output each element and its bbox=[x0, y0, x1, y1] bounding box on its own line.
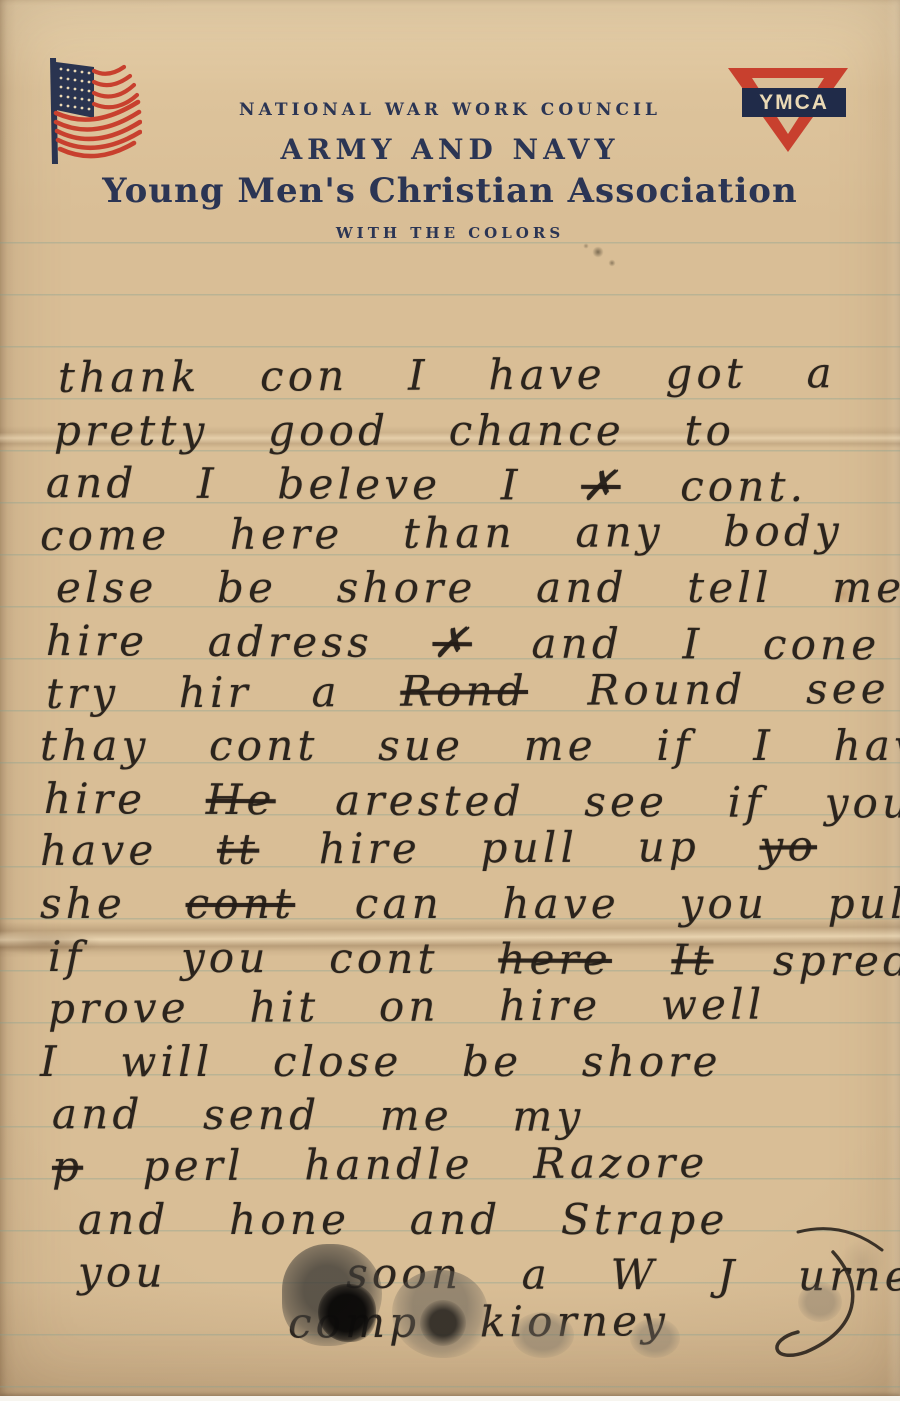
handwriting-word: I will close be shore bbox=[40, 1037, 722, 1086]
handwriting-word: thank con I have got a bbox=[58, 348, 836, 402]
handwriting-word: hire adress bbox=[46, 616, 373, 667]
handwriting-word: cont. bbox=[680, 462, 807, 512]
handwriting-line: pretty good chance to bbox=[40, 405, 876, 458]
scan-edge bbox=[0, 1396, 900, 1401]
handwriting-word: can have you pull bbox=[355, 879, 900, 928]
army-navy-line: ARMY AND NAVY bbox=[0, 133, 900, 166]
handwriting-word-struck: yo bbox=[759, 822, 817, 871]
handwriting-word: you cont bbox=[181, 932, 439, 982]
handwriting-word: perl handle Razore bbox=[142, 1138, 708, 1190]
handwriting-word: try hir a bbox=[46, 667, 341, 718]
handwriting-word: prove hit on hire well bbox=[48, 980, 766, 1033]
handwriting-line: else be shore and tell me bbox=[40, 562, 876, 615]
handwriting-line: and hone and Strape bbox=[40, 1194, 876, 1247]
handwriting-line: thank con I have got a bbox=[40, 347, 876, 405]
letterhead: NATIONAL WAR WORK COUNCIL ARMY AND NAVY … bbox=[0, 100, 900, 242]
handwriting-line: have tt hire pull up yo bbox=[40, 820, 876, 878]
letter-scan-page: YMCA NATIONAL WAR WORK COUNCIL ARMY AND … bbox=[0, 0, 900, 1401]
handwriting-word: Round see bbox=[587, 663, 890, 714]
handwriting-line: come here than any body bbox=[40, 505, 876, 563]
handwriting-word: she bbox=[40, 879, 126, 928]
handwriting-word: comp kiorney bbox=[288, 1296, 669, 1347]
handwriting-word-struck: He bbox=[206, 775, 276, 824]
with-the-colors-line: WITH THE COLORS bbox=[0, 224, 900, 242]
handwriting-word: hire pull up bbox=[319, 822, 701, 873]
handwriting-word: soon a W J urne bbox=[346, 1249, 900, 1301]
association-line: Young Men's Christian Association bbox=[0, 171, 900, 211]
handwriting-word: come here than any body bbox=[40, 506, 843, 560]
handwriting-word-struck: ✗ bbox=[432, 618, 472, 667]
handwriting-word: thay cont sue me if I have bbox=[40, 721, 900, 770]
handwriting-word: and I cone bbox=[531, 619, 880, 670]
handwriting-word: and I beleve I bbox=[46, 458, 522, 509]
handwriting-line: I will close be shore bbox=[40, 1036, 876, 1089]
handwriting-word: else be shore and tell me bbox=[56, 563, 900, 612]
handwriting-line: try hir a Rond Round see bbox=[40, 662, 876, 720]
handwriting-word: pretty good chance to bbox=[54, 406, 735, 455]
handwriting-line: prove hit on hire well bbox=[40, 978, 876, 1036]
handwriting-word-struck: ✗ bbox=[581, 461, 621, 510]
handwriting-word-struck: tt bbox=[217, 825, 259, 874]
handwriting-word: hire bbox=[44, 774, 146, 824]
handwriting-line: she cont can have you pull bbox=[40, 878, 876, 931]
handwriting-word-struck: here bbox=[498, 934, 612, 984]
council-line: NATIONAL WAR WORK COUNCIL bbox=[0, 100, 900, 120]
handwriting-word: and hone and Strape bbox=[78, 1195, 729, 1244]
handwriting-word-struck: cont bbox=[186, 879, 296, 928]
handwriting-word: and send me my bbox=[52, 1089, 585, 1141]
handwriting-word-struck: It bbox=[671, 935, 713, 984]
handwriting-word: have bbox=[40, 826, 158, 876]
handwriting-word: if bbox=[48, 932, 86, 981]
handwriting-word-struck: p bbox=[52, 1142, 83, 1191]
handwriting-word: you bbox=[78, 1247, 167, 1296]
handwriting-line: p perl handle Razore bbox=[40, 1136, 876, 1194]
handwriting-line: thay cont sue me if I have bbox=[40, 720, 876, 773]
handwriting-line: comp kiorney bbox=[40, 1294, 876, 1352]
handwriting-word-struck: Rond bbox=[400, 666, 528, 716]
letter-body: thank con I have got a pretty good chanc… bbox=[40, 352, 876, 1351]
